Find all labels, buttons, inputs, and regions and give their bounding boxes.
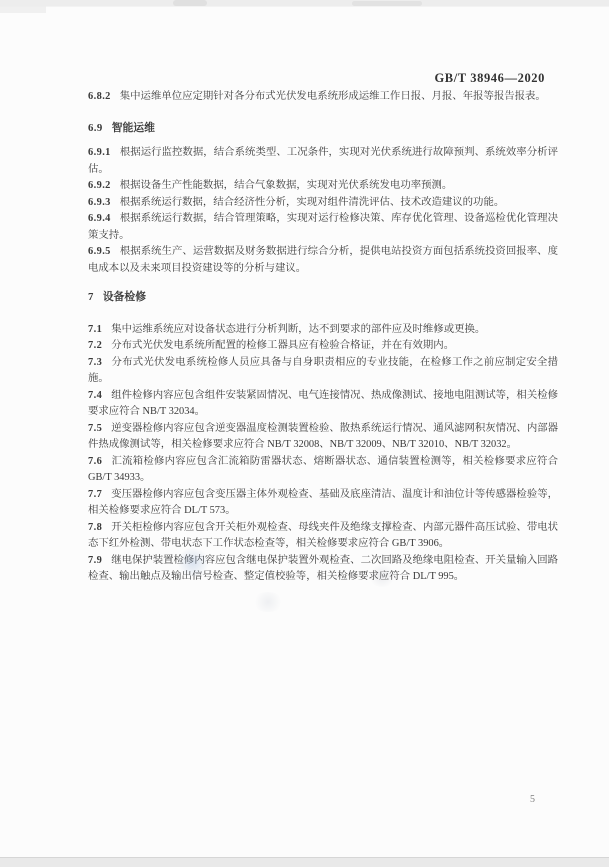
clause-text: 集中运维单位应定期针对各分布式光伏发电系统形成运维工作日报、月报、年报等报告报表… bbox=[120, 91, 546, 102]
clause-paragraph: 7.6汇流箱检修内容应包含汇流箱防雷器状态、熔断器状态、通信装置检测等，相关检修… bbox=[88, 454, 558, 487]
clause-number: 6.9 bbox=[88, 120, 103, 137]
clause-number: 7.6 bbox=[88, 454, 102, 471]
section-heading: 7设备检修 bbox=[88, 289, 558, 306]
clause-text: 根据系统运行数据，结合经济性分析，实现对组件清洗评估、技术改造建议的功能。 bbox=[120, 197, 504, 208]
clause-paragraph: 7.4组件检修内容应包含组件安装紧固情况、电气连接情况、热成像测试、接地电阻测试… bbox=[88, 388, 558, 421]
scanned-document-page: GB/T 38946—2020 6.8.2集中运维单位应定期针对各分布式光伏发电… bbox=[0, 0, 609, 867]
clause-text: 汇流箱检修内容应包含汇流箱防雷器状态、熔断器状态、通信装置检测等，相关检修要求应… bbox=[88, 456, 558, 484]
clause-number: 7.7 bbox=[88, 487, 102, 504]
clause-number: 7.1 bbox=[88, 322, 102, 339]
clause-paragraph: 7.9继电保护装置检修内容应包含继电保护装置外观检查、二次回路及绝缘电阻检查、开… bbox=[88, 553, 558, 586]
clause-text: 分布式光伏发电系统所配置的检修工器具应有检验合格证，并在有效期内。 bbox=[111, 340, 454, 351]
clause-paragraph: 7.1集中运维系统应对设备状态进行分析判断，达不到要求的部件应及时维修或更换。 bbox=[88, 322, 558, 339]
clause-text: 分布式光伏发电系统检修人员应具备与自身职责相应的专业技能，在检修工作之前应制定安… bbox=[88, 357, 558, 385]
clause-text: 继电保护装置检修内容应包含继电保护装置外观检查、二次回路及绝缘电阻检查、开关量输… bbox=[88, 555, 558, 583]
clause-text: 根据系统运行数据，结合管理策略，实现对运行检修决策、库存优化管理、设备巡检优化管… bbox=[88, 213, 558, 241]
clause-paragraph: 6.9.2根据设备生产性能数据，结合气象数据，实现对光伏系统发电功率预测。 bbox=[88, 178, 558, 195]
scan-edge-top bbox=[0, 0, 609, 7]
clause-text: 根据运行监控数据，结合系统类型、工况条件，实现对光伏系统进行故障预判、系统效率分… bbox=[88, 147, 558, 175]
clause-number: 7.3 bbox=[88, 355, 102, 372]
clause-paragraph: 6.9.4根据系统运行数据，结合管理策略，实现对运行检修决策、库存优化管理、设备… bbox=[88, 211, 558, 244]
clause-number: 7.4 bbox=[88, 388, 102, 405]
clause-number: 6.9.3 bbox=[88, 195, 111, 212]
scan-edge-bottom bbox=[0, 857, 609, 867]
document-body: 6.8.2集中运维单位应定期针对各分布式光伏发电系统形成运维工作日报、月报、年报… bbox=[88, 89, 558, 586]
clause-paragraph: 7.7变压器检修内容应包含变压器主体外观检查、基础及底座清洁、温度计和油位计等传… bbox=[88, 487, 558, 520]
clause-paragraph: 7.8开关柜检修内容应包含开关柜外观检查、母线夹件及绝缘支撑检查、内部元器件高压… bbox=[88, 520, 558, 553]
standard-code-header: GB/T 38946—2020 bbox=[434, 71, 545, 86]
clause-number: 7.2 bbox=[88, 338, 102, 355]
clause-number: 6.9.2 bbox=[88, 178, 111, 195]
clause-text: 智能运维 bbox=[112, 122, 155, 134]
clause-number: 6.9.1 bbox=[88, 145, 111, 162]
clause-number: 6.9.5 bbox=[88, 244, 111, 261]
page-number: 5 bbox=[530, 794, 535, 805]
clause-number: 7.9 bbox=[88, 553, 102, 570]
scan-smudge bbox=[173, 0, 207, 6]
clause-number: 7.8 bbox=[88, 520, 102, 537]
scan-stain bbox=[252, 592, 284, 612]
clause-paragraph: 6.9.3根据系统运行数据，结合经济性分析，实现对组件清洗评估、技术改造建议的功… bbox=[88, 195, 558, 212]
clause-text: 设备检修 bbox=[103, 291, 146, 303]
clause-number: 6.8.2 bbox=[88, 89, 111, 106]
scan-edge-corner bbox=[0, 0, 46, 13]
clause-text: 组件检修内容应包含组件安装紧固情况、电气连接情况、热成像测试、接地电阻测试等，相… bbox=[88, 390, 558, 418]
clause-text: 根据系统生产、运营数据及财务数据进行综合分析，提供电站投资方面包括系统投资回报率… bbox=[88, 246, 558, 274]
clause-text: 变压器检修内容应包含变压器主体外观检查、基础及底座清洁、温度计和油位计等传感器检… bbox=[88, 489, 558, 517]
clause-number: 6.9.4 bbox=[88, 211, 111, 228]
clause-paragraph: 6.9.5根据系统生产、运营数据及财务数据进行综合分析，提供电站投资方面包括系统… bbox=[88, 244, 558, 277]
clause-text: 根据设备生产性能数据，结合气象数据，实现对光伏系统发电功率预测。 bbox=[120, 180, 453, 191]
clause-number: 7.5 bbox=[88, 421, 102, 438]
clause-paragraph: 7.5逆变器检修内容应包含逆变器温度检测装置检验、散热系统运行情况、通风滤网积灰… bbox=[88, 421, 558, 454]
clause-text: 集中运维系统应对设备状态进行分析判断，达不到要求的部件应及时维修或更换。 bbox=[111, 324, 485, 335]
scan-smudge bbox=[352, 1, 422, 6]
clause-paragraph: 7.2分布式光伏发电系统所配置的检修工器具应有检验合格证，并在有效期内。 bbox=[88, 338, 558, 355]
clause-paragraph: 7.3分布式光伏发电系统检修人员应具备与自身职责相应的专业技能，在检修工作之前应… bbox=[88, 355, 558, 388]
clause-paragraph: 6.8.2集中运维单位应定期针对各分布式光伏发电系统形成运维工作日报、月报、年报… bbox=[88, 89, 558, 106]
section-heading: 6.9智能运维 bbox=[88, 120, 558, 137]
clause-text: 逆变器检修内容应包含逆变器温度检测装置检验、散热系统运行情况、通风滤网积灰情况、… bbox=[88, 423, 558, 451]
clause-paragraph: 6.9.1根据运行监控数据，结合系统类型、工况条件，实现对光伏系统进行故障预判、… bbox=[88, 145, 558, 178]
clause-text: 开关柜检修内容应包含开关柜外观检查、母线夹件及绝缘支撑检查、内部元器件高压试验、… bbox=[88, 522, 558, 550]
clause-number: 7 bbox=[88, 289, 94, 306]
